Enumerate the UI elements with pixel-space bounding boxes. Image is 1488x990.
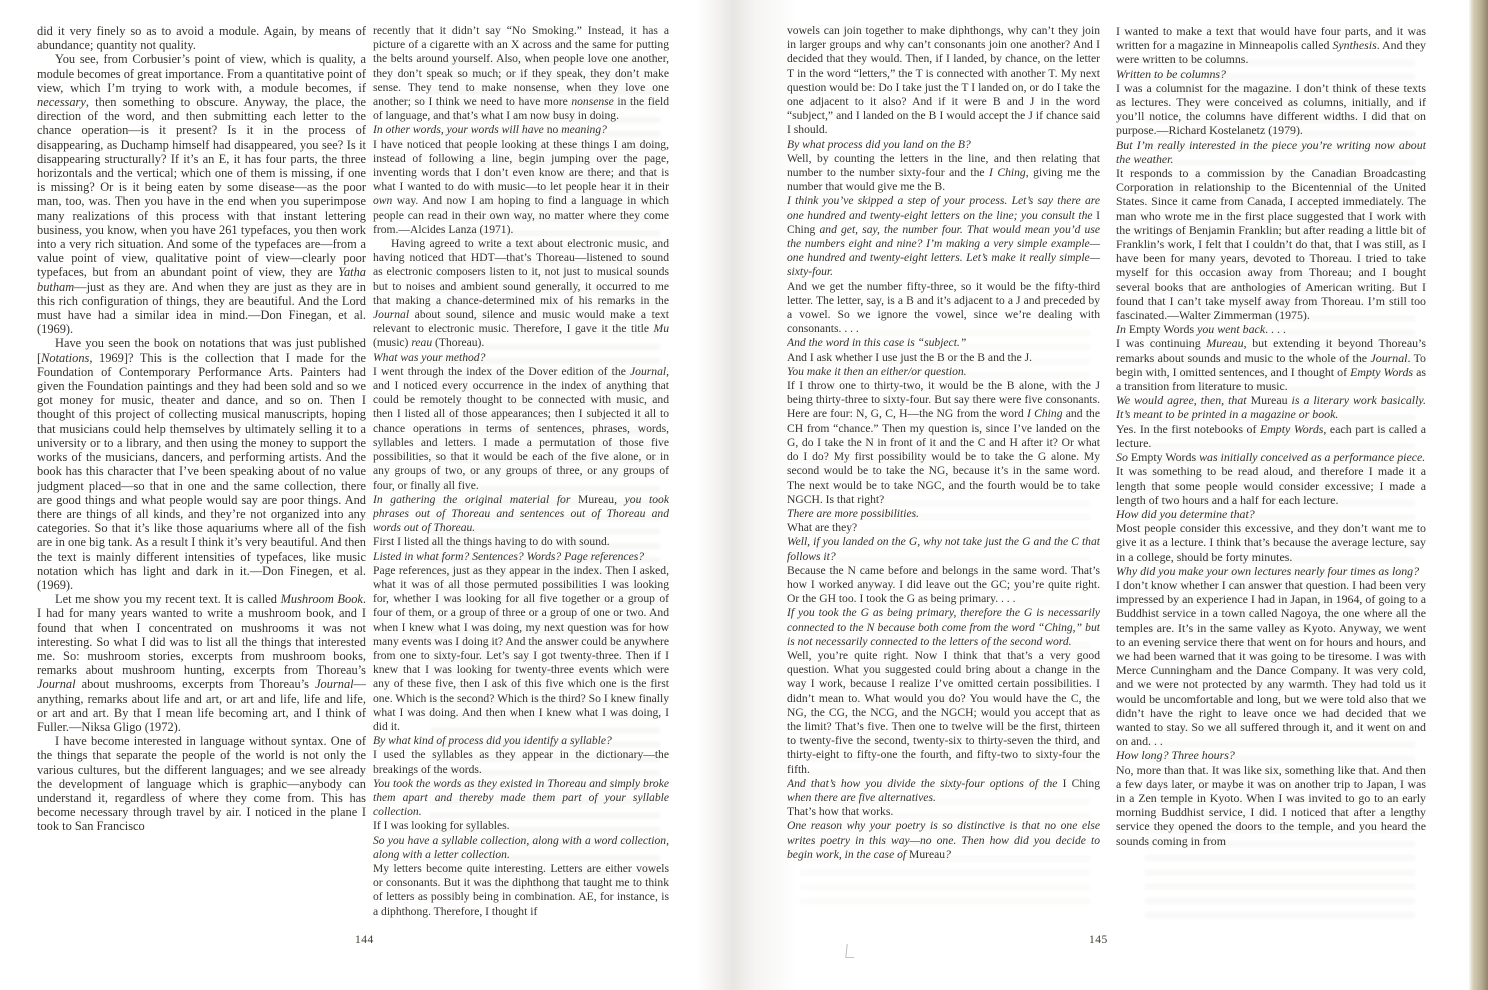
body-paragraph: Most people consider this excessive, and… xyxy=(1116,521,1426,564)
interviewer-paragraph: One reason why your poetry is so distinc… xyxy=(787,819,1100,862)
body-paragraph: I have noticed that people looking at th… xyxy=(373,138,669,237)
body-paragraph: I don’t know whether I can answer that q… xyxy=(1116,578,1426,748)
body-paragraph: Have you seen the book on notations that… xyxy=(37,336,366,592)
text-column-4: I wanted to make a text that would have … xyxy=(1116,24,1426,940)
body-paragraph: I was continuing Mureau, but extending i… xyxy=(1116,336,1426,393)
page-left: did it very finely so as to avoid a modu… xyxy=(0,0,744,990)
body-paragraph: It was something to be read aloud, and t… xyxy=(1116,464,1426,507)
body-paragraph: Because the N came before and belongs in… xyxy=(787,564,1100,607)
interviewer-paragraph: What was your method? xyxy=(373,351,669,365)
body-paragraph: No, more than that. It was like six, som… xyxy=(1116,763,1426,848)
body-paragraph: I wanted to make a text that would have … xyxy=(1116,24,1426,67)
interviewer-paragraph: How did you determine that? xyxy=(1116,507,1426,521)
interviewer-paragraph: By what process did you land on the B? xyxy=(787,138,1100,152)
body-paragraph: I went through the index of the Dover ed… xyxy=(373,365,669,493)
interviewer-paragraph: Why did you make your own lectures nearl… xyxy=(1116,564,1426,578)
body-paragraph: What are they? xyxy=(787,521,1100,535)
body-paragraph: That’s how that works. xyxy=(787,805,1100,819)
body-paragraph: did it very finely so as to avoid a modu… xyxy=(37,24,366,52)
body-paragraph: It responds to a commission by the Canad… xyxy=(1116,166,1426,322)
text-column-1: did it very finely so as to avoid a modu… xyxy=(37,24,366,940)
body-paragraph: First I listed all the things having to … xyxy=(373,535,669,549)
body-paragraph: I used the syllables as they appear in t… xyxy=(373,748,669,776)
book-spread: did it very finely so as to avoid a modu… xyxy=(0,0,1488,990)
page-right: vowels can join together to make diphtho… xyxy=(744,0,1488,990)
body-paragraph: Yes. In the first notebooks of Empty Wor… xyxy=(1116,422,1426,450)
page-number-right: 145 xyxy=(1089,934,1108,946)
interviewer-paragraph: You make it then an either/or question. xyxy=(787,365,1100,379)
interviewer-paragraph: Written to be columns? xyxy=(1116,67,1426,81)
body-paragraph: I have become interested in language wit… xyxy=(37,734,366,833)
interviewer-paragraph: How long? Three hours? xyxy=(1116,748,1426,762)
body-paragraph: Let me show you my recent text. It is ca… xyxy=(37,592,366,734)
body-paragraph: Having agreed to write a text about elec… xyxy=(373,237,669,351)
body-paragraph: I was a columnist for the magazine. I do… xyxy=(1116,81,1426,138)
body-paragraph: If I was looking for syllables. xyxy=(373,819,669,833)
interviewer-paragraph: If you took the G as being primary, ther… xyxy=(787,606,1100,649)
interviewer-paragraph: So you have a syllable collection, along… xyxy=(373,834,669,862)
page-number-left: 144 xyxy=(355,934,374,946)
interviewer-paragraph: There are more possibilities. xyxy=(787,507,1100,521)
interviewer-paragraph: In Empty Words you went back. . . . xyxy=(1116,322,1426,336)
interviewer-paragraph: In gathering the original material for M… xyxy=(373,493,669,536)
interviewer-paragraph: But I’m really interested in the piece y… xyxy=(1116,138,1426,166)
body-paragraph: Page references, just as they appear in … xyxy=(373,564,669,734)
interviewer-paragraph: You took the words as they existed in Th… xyxy=(373,777,669,820)
interviewer-paragraph: By what kind of process did you identify… xyxy=(373,734,669,748)
interviewer-paragraph: We would agree, then, that Mureau is a l… xyxy=(1116,393,1426,421)
interviewer-paragraph: Listed in what form? Sentences? Words? P… xyxy=(373,550,669,564)
text-column-3: vowels can join together to make diphtho… xyxy=(787,24,1100,940)
body-paragraph: Well, you’re quite right. Now I think th… xyxy=(787,649,1100,777)
interviewer-paragraph: And the word in this case is “subject.” xyxy=(787,336,1100,350)
body-paragraph: vowels can join together to make diphtho… xyxy=(787,24,1100,138)
interviewer-paragraph: So Empty Words was initially conceived a… xyxy=(1116,450,1426,464)
body-paragraph: Well, by counting the letters in the lin… xyxy=(787,152,1100,195)
interviewer-paragraph: In other words, your words will have no … xyxy=(373,123,669,137)
interviewer-paragraph: I think you’ve skipped a step of your pr… xyxy=(787,194,1100,279)
body-paragraph: You see, from Corbusier’s point of view,… xyxy=(37,52,366,336)
body-paragraph: My letters become quite interesting. Let… xyxy=(373,862,669,919)
text-column-2: recently that it didn’t say “No Smoking.… xyxy=(373,24,669,940)
body-paragraph: If I throw one to thirty-two, it would b… xyxy=(787,379,1100,507)
interviewer-paragraph: And that’s how you divide the sixty-four… xyxy=(787,777,1100,805)
body-paragraph: And we get the number fifty-three, so it… xyxy=(787,280,1100,337)
body-paragraph: And I ask whether I use just the B or th… xyxy=(787,351,1100,365)
interviewer-paragraph: Well, if you landed on the G, why not ta… xyxy=(787,535,1100,563)
body-paragraph: recently that it didn’t say “No Smoking.… xyxy=(373,24,669,123)
